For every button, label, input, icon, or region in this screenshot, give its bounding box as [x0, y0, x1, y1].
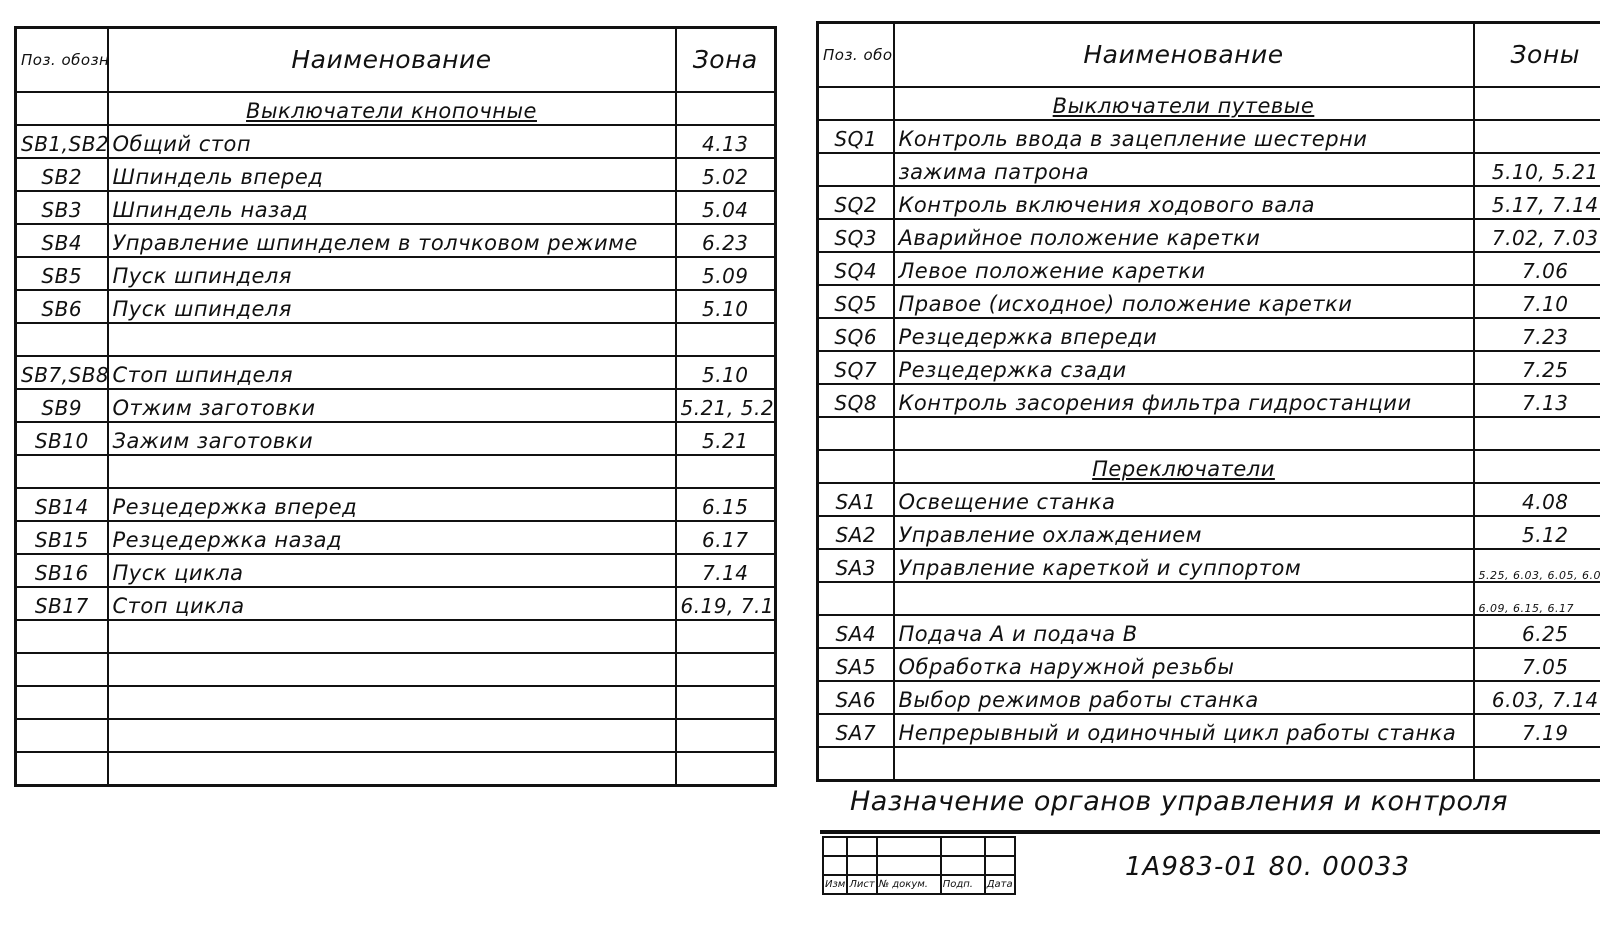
blank-row: [16, 752, 776, 786]
table-row: SB3Шпиндель назад5.04: [16, 191, 776, 224]
pos-cell: [16, 686, 108, 719]
pos-cell: [16, 719, 108, 752]
header-pos: Поз. обозн.: [16, 28, 108, 93]
table-row: SA7Непрерывный и одиночный цикл работы с…: [818, 714, 1600, 747]
zone-cell: 5.10: [676, 290, 776, 323]
name-cell: Аварийное положение каретки: [894, 219, 1474, 252]
header-pos: Поз. обозн.: [818, 23, 894, 88]
table-row: SB4Управление шпинделем в толчковом режи…: [16, 224, 776, 257]
zone-cell: 5.04: [676, 191, 776, 224]
table-row: SB5Пуск шпинделя5.09: [16, 257, 776, 290]
blank-row: [16, 323, 776, 356]
name-cell: [894, 747, 1474, 781]
zone-cell: 5.10, 5.21: [1474, 153, 1600, 186]
zone-cell: 7.05: [1474, 648, 1600, 681]
table-row: 6.09, 6.15, 6.17: [818, 582, 1600, 615]
zone-cell: 6.09, 6.15, 6.17: [1474, 582, 1600, 615]
name-cell: Управление шпинделем в толчковом режиме: [108, 224, 676, 257]
name-cell: Контроль включения ходового вала: [894, 186, 1474, 219]
zone-cell: [676, 455, 776, 488]
pos-cell: SB17: [16, 587, 108, 620]
table-row: SQ3Аварийное положение каретки7.02, 7.03: [818, 219, 1600, 252]
document-number: 1А983-01 80. 00033: [1125, 852, 1410, 882]
table-row: SB9Отжим заготовки5.21, 5.23: [16, 389, 776, 422]
table-row: SB17Стоп цикла6.19, 7.14: [16, 587, 776, 620]
pos-cell: SQ2: [818, 186, 894, 219]
name-cell: [108, 620, 676, 653]
pos-cell: SB4: [16, 224, 108, 257]
name-cell: Подача А и подача В: [894, 615, 1474, 648]
pos-cell: SA6: [818, 681, 894, 714]
zone-cell: 7.06: [1474, 252, 1600, 285]
blank-row: [818, 747, 1600, 781]
pos-cell: SB7,SB8: [16, 356, 108, 389]
name-cell: Пуск шпинделя: [108, 290, 676, 323]
name-cell: [108, 455, 676, 488]
zone-cell: [676, 92, 776, 125]
pos-cell: SA5: [818, 648, 894, 681]
zone-cell: 7.23: [1474, 318, 1600, 351]
stamp-label-sheet: Лист: [847, 875, 876, 894]
drawing-caption: Назначение органов управления и контроля: [850, 786, 1508, 817]
table-row: SB2Шпиндель вперед5.02: [16, 158, 776, 191]
table-row: зажима патрона5.10, 5.21: [818, 153, 1600, 186]
blank-row: [16, 455, 776, 488]
table-header-row: Поз. обозн. Наименование Зона: [16, 28, 776, 93]
header-zone: Зоны: [1474, 23, 1600, 88]
name-cell: [108, 719, 676, 752]
pos-cell: [16, 92, 108, 125]
pos-cell: SQ1: [818, 120, 894, 153]
table-header-row: Поз. обозн. Наименование Зоны: [818, 23, 1600, 88]
name-cell: Пуск шпинделя: [108, 257, 676, 290]
name-cell: Контроль засорения фильтра гидростанции: [894, 384, 1474, 417]
pos-cell: SB6: [16, 290, 108, 323]
zone-cell: 7.19: [1474, 714, 1600, 747]
pos-cell: SB10: [16, 422, 108, 455]
table-row: SA2Управление охлаждением5.12: [818, 516, 1600, 549]
table-row: SA6Выбор режимов работы станка6.03, 7.14: [818, 681, 1600, 714]
name-cell: Управление охлаждением: [894, 516, 1474, 549]
pos-cell: SQ4: [818, 252, 894, 285]
revision-stamp: Изм Лист № докум. Подп. Дата: [822, 836, 1016, 895]
header-name: Наименование: [108, 28, 676, 93]
blank-row: [818, 417, 1600, 450]
name-cell: Обработка наружной резьбы: [894, 648, 1474, 681]
pos-cell: SB9: [16, 389, 108, 422]
zone-cell: 7.13: [1474, 384, 1600, 417]
name-cell: Резцедержка назад: [108, 521, 676, 554]
name-cell: Шпиндель назад: [108, 191, 676, 224]
zone-cell: 6.03, 7.14: [1474, 681, 1600, 714]
zone-cell: [1474, 417, 1600, 450]
header-zone: Зона: [676, 28, 776, 93]
pos-cell: SA7: [818, 714, 894, 747]
stamp-label-signature: Подп.: [941, 875, 985, 894]
stamp-label-date: Дата: [985, 875, 1015, 894]
name-cell: [894, 417, 1474, 450]
name-cell: [894, 582, 1474, 615]
pos-cell: SB16: [16, 554, 108, 587]
blank-row: [16, 620, 776, 653]
stamp-label-change: Изм: [823, 875, 847, 894]
table-row: SB7,SB8Стоп шпинделя5.10: [16, 356, 776, 389]
pos-cell: [818, 450, 894, 483]
zone-cell: 6.15: [676, 488, 776, 521]
name-cell: Непрерывный и одиночный цикл работы стан…: [894, 714, 1474, 747]
pos-cell: [818, 582, 894, 615]
table-row: SA3Управление кареткой и суппортом5.25, …: [818, 549, 1600, 582]
zone-cell: [676, 686, 776, 719]
left-spec-table: Поз. обозн. Наименование Зона Выключател…: [14, 26, 777, 787]
table-row: SB15Резцедержка назад6.17: [16, 521, 776, 554]
pos-cell: [16, 752, 108, 786]
table-row: SQ7Резцедержка сзади7.25: [818, 351, 1600, 384]
pos-cell: SA3: [818, 549, 894, 582]
table-row: SQ6Резцедержка впереди7.23: [818, 318, 1600, 351]
pos-cell: SQ7: [818, 351, 894, 384]
name-cell: Общий стоп: [108, 125, 676, 158]
blank-row: [16, 653, 776, 686]
pos-cell: SA1: [818, 483, 894, 516]
section-header-row: Переключатели: [818, 450, 1600, 483]
name-cell: зажима патрона: [894, 153, 1474, 186]
pos-cell: SB5: [16, 257, 108, 290]
pos-cell: [16, 653, 108, 686]
zone-cell: 4.13: [676, 125, 776, 158]
table-row: SB14Резцедержка вперед6.15: [16, 488, 776, 521]
header-name: Наименование: [894, 23, 1474, 88]
pos-cell: [818, 747, 894, 781]
section-header-row: Выключатели путевые: [818, 87, 1600, 120]
name-cell: Выключатели путевые: [894, 87, 1474, 120]
pos-cell: [818, 153, 894, 186]
pos-cell: SB2: [16, 158, 108, 191]
name-cell: [108, 653, 676, 686]
zone-cell: 5.17, 7.14: [1474, 186, 1600, 219]
table-row: SB10Зажим заготовки5.21: [16, 422, 776, 455]
table-row: SA5Обработка наружной резьбы7.05: [818, 648, 1600, 681]
pos-cell: SQ8: [818, 384, 894, 417]
pos-cell: SQ3: [818, 219, 894, 252]
zone-cell: 7.02, 7.03: [1474, 219, 1600, 252]
pos-cell: SQ6: [818, 318, 894, 351]
pos-cell: SB1,SB20: [16, 125, 108, 158]
zone-cell: 7.25: [1474, 351, 1600, 384]
table-row: SQ2Контроль включения ходового вала5.17,…: [818, 186, 1600, 219]
zone-cell: [676, 323, 776, 356]
name-cell: Переключатели: [894, 450, 1474, 483]
zone-cell: 6.17: [676, 521, 776, 554]
section-header-row: Выключатели кнопочные: [16, 92, 776, 125]
zone-cell: 6.25: [1474, 615, 1600, 648]
table-row: SQ4Левое положение каретки7.06: [818, 252, 1600, 285]
pos-cell: SA2: [818, 516, 894, 549]
table-row: SQ5Правое (исходное) положение каретки7.…: [818, 285, 1600, 318]
table-row: SA1Освещение станка4.08: [818, 483, 1600, 516]
zone-cell: [1474, 120, 1600, 153]
zone-cell: 7.10: [1474, 285, 1600, 318]
pos-cell: [818, 417, 894, 450]
zone-cell: [676, 752, 776, 786]
pos-cell: [16, 455, 108, 488]
zone-cell: 6.19, 7.14: [676, 587, 776, 620]
pos-cell: SQ5: [818, 285, 894, 318]
table-row: SQ8Контроль засорения фильтра гидростанц…: [818, 384, 1600, 417]
right-spec-table: Поз. обозн. Наименование Зоны Выключател…: [816, 21, 1600, 782]
zone-cell: 5.12: [1474, 516, 1600, 549]
table-row: SQ1Контроль ввода в зацепление шестерни: [818, 120, 1600, 153]
name-cell: Выключатели кнопочные: [108, 92, 676, 125]
name-cell: Управление кареткой и суппортом: [894, 549, 1474, 582]
blank-row: [16, 686, 776, 719]
zone-cell: [676, 719, 776, 752]
zone-cell: 6.23: [676, 224, 776, 257]
name-cell: Зажим заготовки: [108, 422, 676, 455]
zone-cell: 5.21, 5.23: [676, 389, 776, 422]
table-row: SA4Подача А и подача В6.25: [818, 615, 1600, 648]
name-cell: [108, 686, 676, 719]
zone-cell: 5.02: [676, 158, 776, 191]
name-cell: Резцедержка вперед: [108, 488, 676, 521]
blank-row: [16, 719, 776, 752]
zone-cell: [676, 653, 776, 686]
stamp-label-doc-no: № докум.: [877, 875, 941, 894]
zone-cell: 5.21: [676, 422, 776, 455]
zone-cell: [1474, 450, 1600, 483]
zone-cell: 7.14: [676, 554, 776, 587]
zone-cell: [676, 620, 776, 653]
name-cell: Выбор режимов работы станка: [894, 681, 1474, 714]
table-row: SB6Пуск шпинделя5.10: [16, 290, 776, 323]
zone-cell: 5.10: [676, 356, 776, 389]
pos-cell: [16, 620, 108, 653]
name-cell: [108, 323, 676, 356]
zone-cell: 5.25, 6.03, 6.05, 6.07: [1474, 549, 1600, 582]
name-cell: Левое положение каретки: [894, 252, 1474, 285]
zone-cell: 4.08: [1474, 483, 1600, 516]
zone-cell: [1474, 87, 1600, 120]
title-block: Изм Лист № докум. Подп. Дата 1А983-01 80…: [820, 830, 1600, 900]
pos-cell: SA4: [818, 615, 894, 648]
name-cell: Контроль ввода в зацепление шестерни: [894, 120, 1474, 153]
table-row: SB16Пуск цикла7.14: [16, 554, 776, 587]
pos-cell: [16, 323, 108, 356]
name-cell: [108, 752, 676, 786]
name-cell: Правое (исходное) положение каретки: [894, 285, 1474, 318]
name-cell: Отжим заготовки: [108, 389, 676, 422]
pos-cell: SB15: [16, 521, 108, 554]
table-row: SB1,SB20Общий стоп4.13: [16, 125, 776, 158]
name-cell: Освещение станка: [894, 483, 1474, 516]
name-cell: Стоп шпинделя: [108, 356, 676, 389]
pos-cell: SB3: [16, 191, 108, 224]
pos-cell: SB14: [16, 488, 108, 521]
name-cell: Пуск цикла: [108, 554, 676, 587]
name-cell: Стоп цикла: [108, 587, 676, 620]
zone-cell: [1474, 747, 1600, 781]
name-cell: Шпиндель вперед: [108, 158, 676, 191]
pos-cell: [818, 87, 894, 120]
zone-cell: 5.09: [676, 257, 776, 290]
name-cell: Резцедержка впереди: [894, 318, 1474, 351]
name-cell: Резцедержка сзади: [894, 351, 1474, 384]
